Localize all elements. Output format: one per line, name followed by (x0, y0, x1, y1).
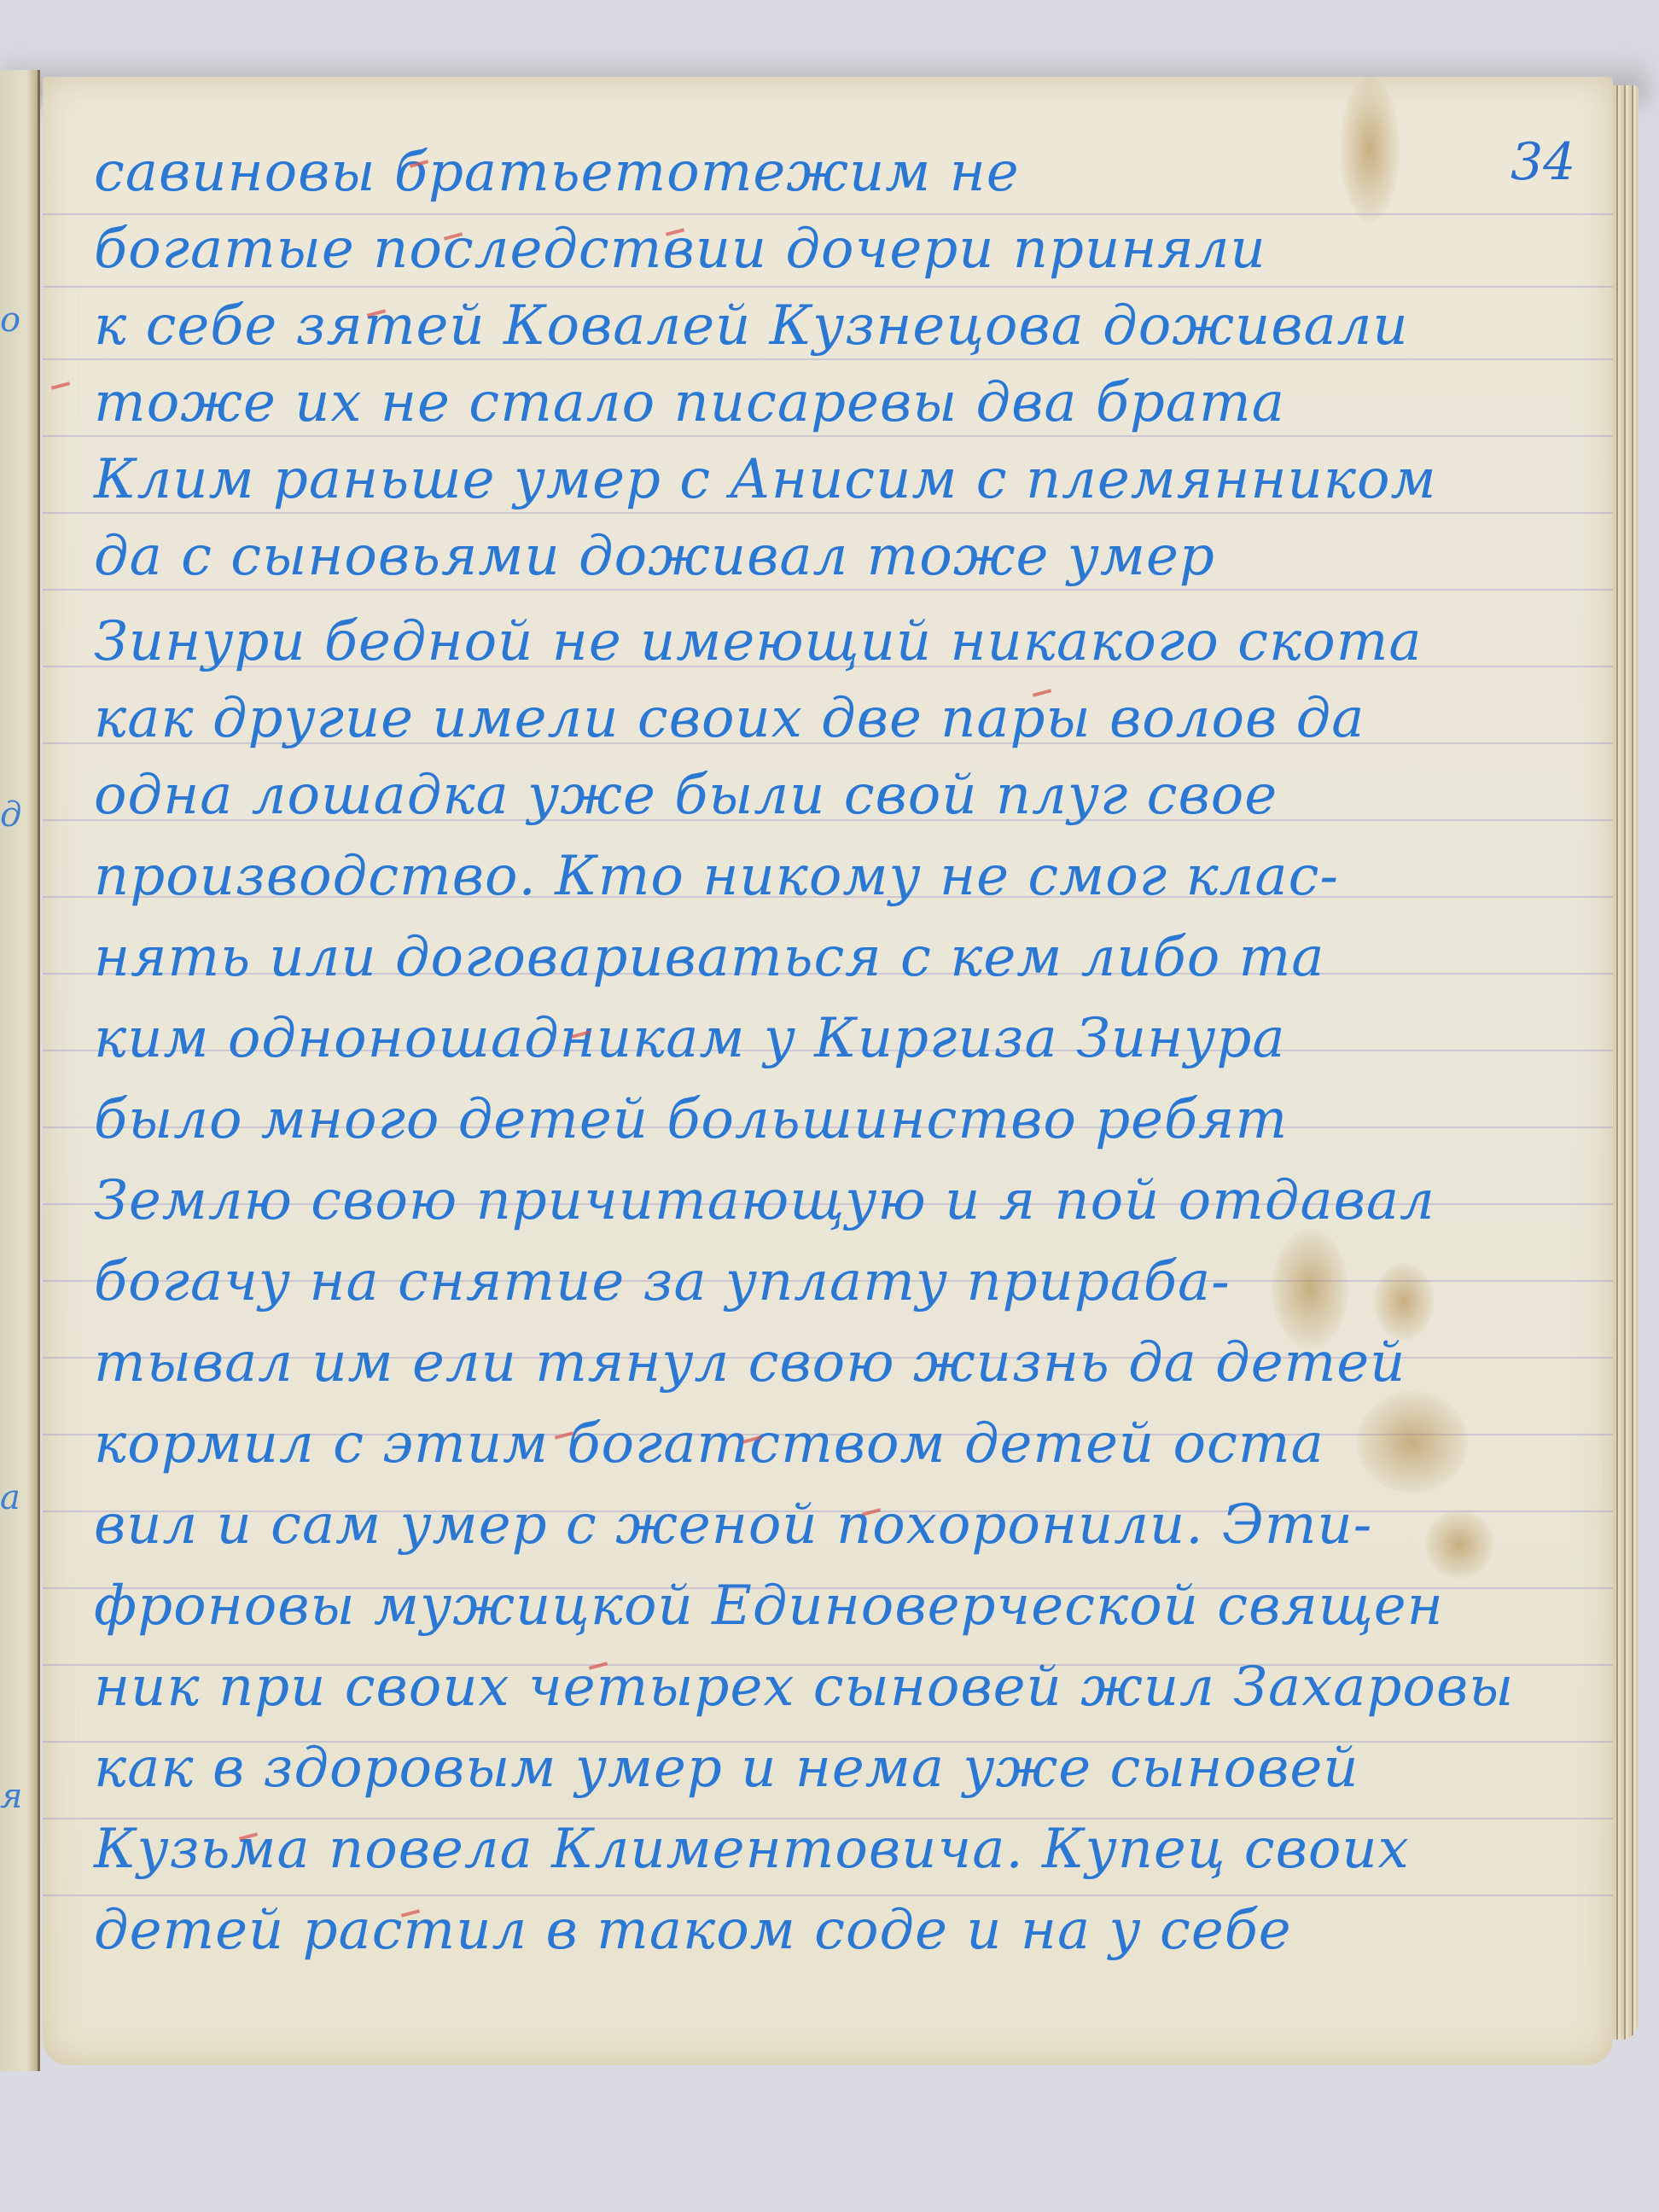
handwritten-line: нять или договариваться с кем либо та (94, 926, 1324, 989)
stain (1340, 77, 1400, 222)
handwritten-line: к себе зятей Ковалей Кузнецова доживали (94, 294, 1409, 358)
page-number: 34 (1511, 132, 1575, 192)
ruled-line (43, 1895, 1613, 1896)
handwritten-line: Землю свою причитающую и я пой отдавал (94, 1169, 1435, 1232)
handwritten-line: как другие имели своих две пары волов да (94, 687, 1365, 750)
notebook-page: 34 савиновы братьетотежим не богатые пос… (43, 77, 1613, 2065)
handwritten-line: как в здоровым умер и нема уже сыновей (94, 1737, 1359, 1800)
handwritten-line: богачу на снятие за уплату прираба- (94, 1250, 1231, 1313)
stain (1357, 1391, 1468, 1493)
ruled-line (43, 589, 1613, 591)
handwritten-line: производство. Кто никому не смог клас- (94, 845, 1339, 908)
handwritten-line: кормил с этим богатством детей оста (94, 1412, 1324, 1476)
handwritten-line: фроновы мужицкой Единоверческой священ (94, 1575, 1444, 1638)
previous-page-mark: я (0, 1777, 22, 1816)
previous-page-mark: д (0, 795, 21, 835)
handwritten-line: Зинури бедной не имеющий никакого скота (94, 610, 1423, 673)
handwritten-line: ким одноношадникам у Киргиза Зинура (94, 1007, 1285, 1070)
previous-page-mark: а (0, 1478, 20, 1517)
handwritten-line: да с сыновьями доживал тоже умер (94, 525, 1215, 588)
handwritten-line: вил и сам умер с женой похоронили. Эти- (94, 1493, 1372, 1557)
handwritten-line: детей растил в таком соде и на у себе (94, 1899, 1292, 1962)
handwritten-line: савиновы братьетотежим не (94, 141, 1020, 204)
handwritten-line: ник при своих четырех сыновей жил Захаро… (94, 1656, 1514, 1719)
page-stack-edge (1613, 85, 1639, 2040)
red-pencil-mark (51, 381, 70, 390)
handwritten-line: Кузьма повела Климентовича. Купец своих (94, 1818, 1410, 1881)
stain (1425, 1511, 1493, 1579)
handwritten-line: одна лошадка уже были свой плуг свое (94, 764, 1278, 827)
handwritten-line: тывал им ели тянул свою жизнь да детей (94, 1331, 1406, 1394)
handwritten-line: было много детей большинство ребят (94, 1088, 1288, 1151)
ruled-line (43, 286, 1613, 288)
previous-page-mark: о (0, 300, 20, 340)
handwritten-line: Клим раньше умер с Анисим с племянником (94, 448, 1437, 511)
handwritten-line: богатые последствии дочери приняли (94, 218, 1266, 281)
ruled-line (43, 512, 1613, 514)
handwritten-line: тоже их не стало писаревы два брата (94, 371, 1285, 434)
ruled-line (43, 358, 1613, 360)
ruled-line (43, 435, 1613, 437)
stain (1272, 1229, 1348, 1348)
previous-page-edge: о д а я (0, 70, 40, 2071)
stain (1374, 1263, 1434, 1340)
